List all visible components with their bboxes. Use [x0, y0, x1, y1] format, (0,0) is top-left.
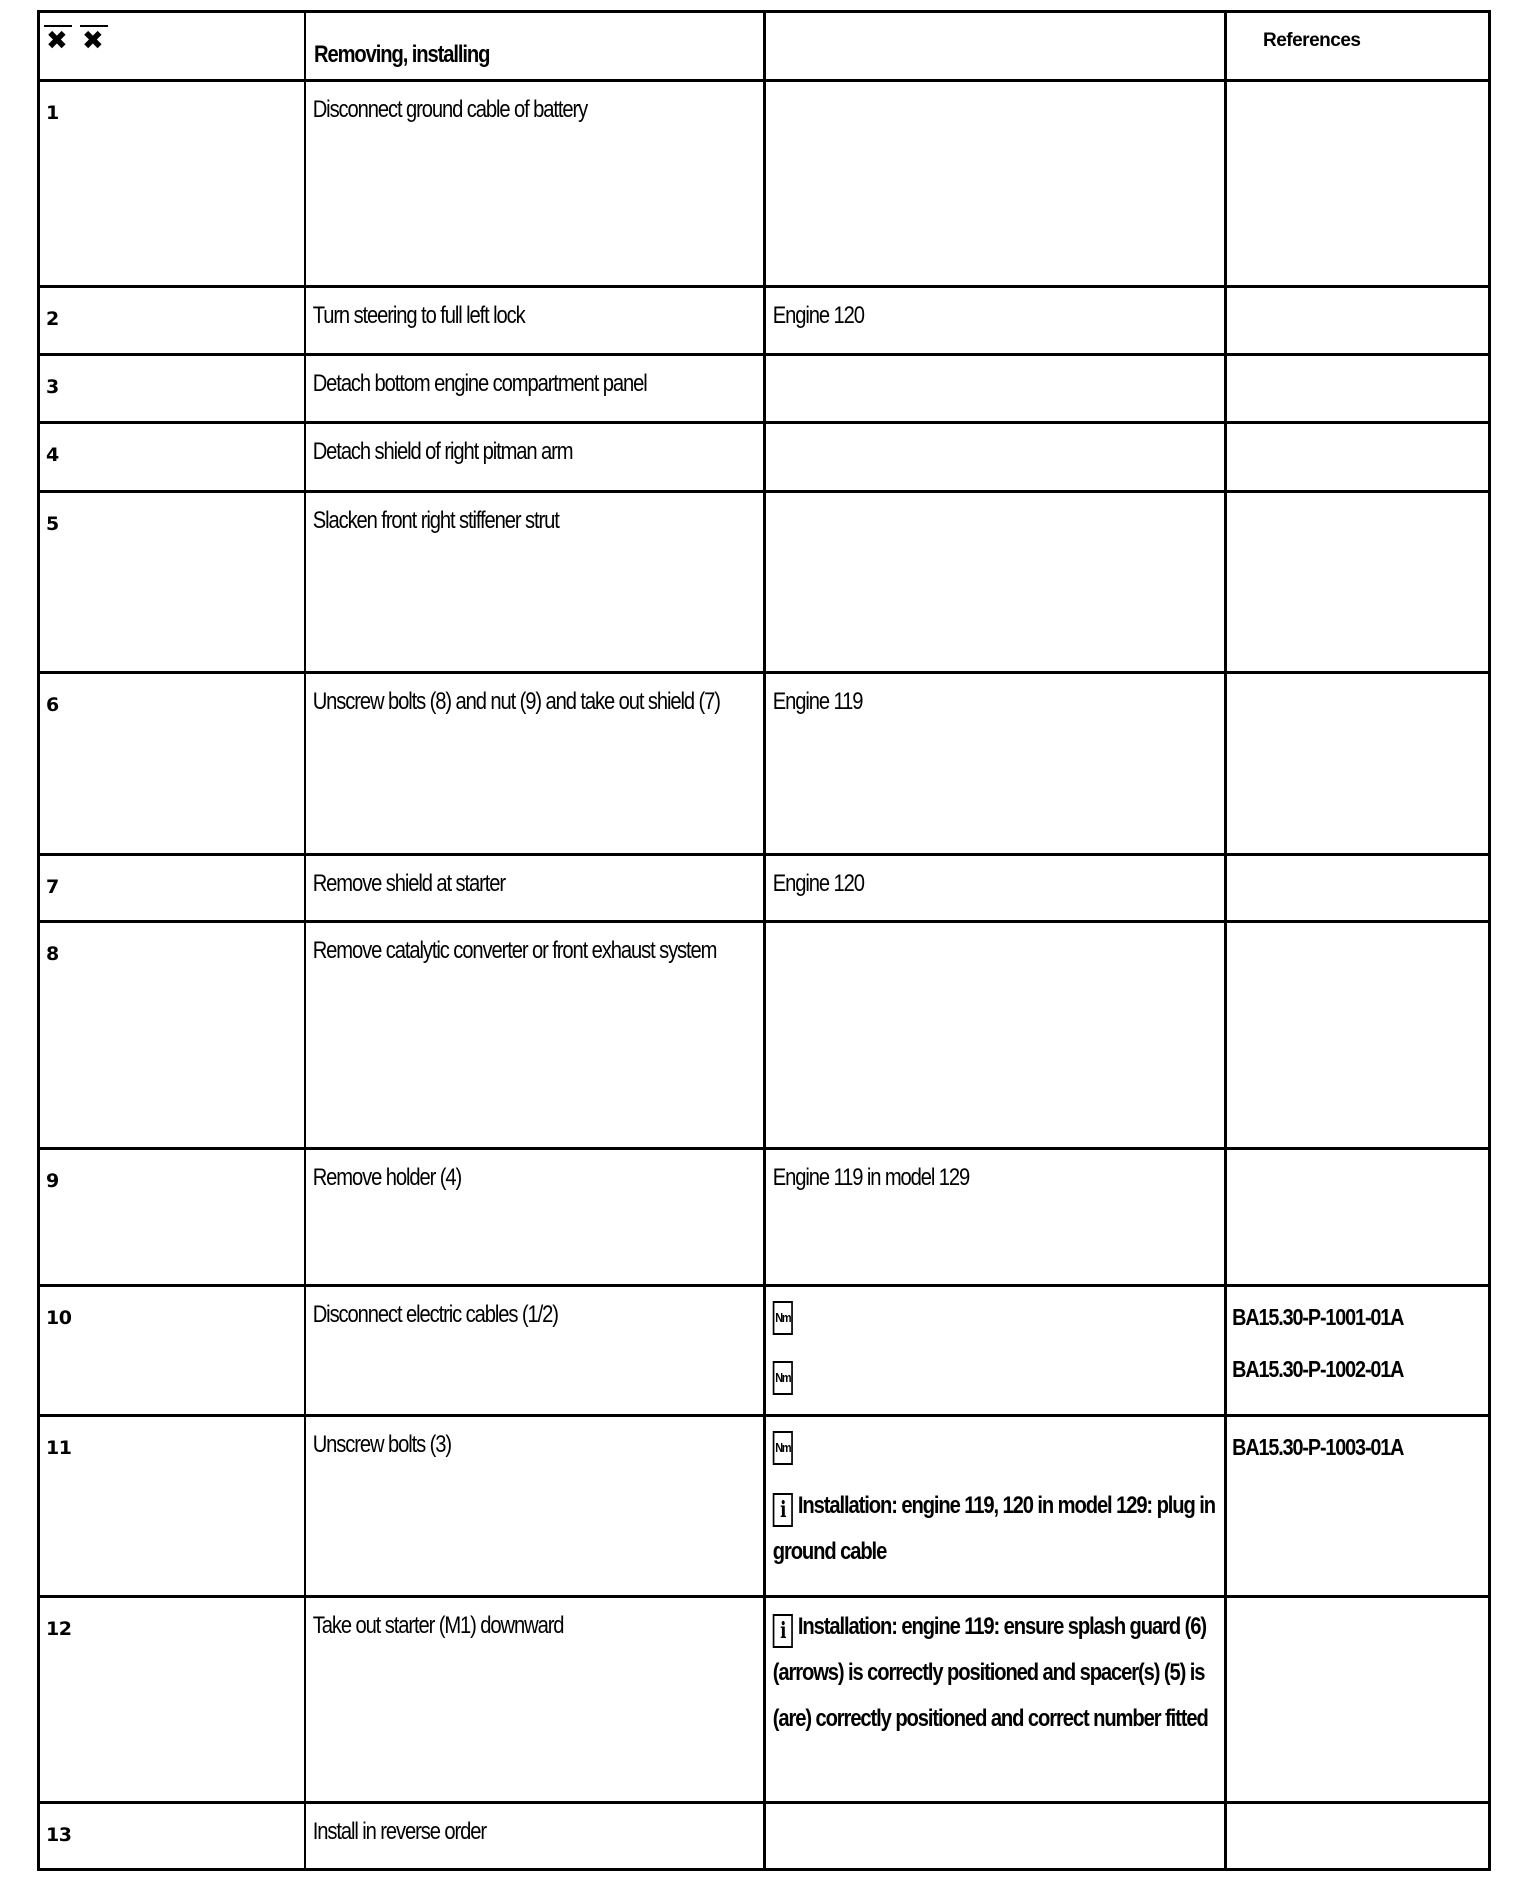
step-number: 11	[40, 1417, 304, 1459]
step-action: Remove shield at starter	[306, 856, 777, 908]
step-notes-cell: Engine 119 in model 129	[765, 1149, 1226, 1286]
info-text: Installation: engine 119: ensure splash …	[773, 1613, 1208, 1732]
step-notes-cell: NmiInstallation: engine 119, 120 in mode…	[765, 1416, 1226, 1597]
step-number-cell: 4	[39, 423, 305, 492]
step-number: 7	[40, 856, 304, 898]
step-number-cell: 7	[39, 855, 305, 922]
step-references-cell	[1226, 673, 1490, 855]
table-row: 6Unscrew bolts (8) and nut (9) and take …	[39, 673, 1490, 855]
table-row: 11Unscrew bolts (3)NmiInstallation: engi…	[39, 1416, 1490, 1597]
table-row: 12Take out starter (M1) downwardiInstall…	[39, 1597, 1490, 1803]
header-notes	[766, 13, 1224, 25]
torque-nm-icon[interactable]: Nm	[773, 1431, 793, 1465]
note-info: iInstallation: engine 119: ensure splash…	[773, 1598, 1231, 1742]
step-references-cell	[1226, 1803, 1490, 1870]
step-notes-cell	[765, 492, 1226, 673]
step-number: 10	[40, 1287, 304, 1329]
note-text: Engine 120	[773, 288, 1231, 340]
step-number-cell: 3	[39, 355, 305, 423]
step-action: Slacken front right stiffener strut	[306, 493, 777, 545]
step-number-cell: 2	[39, 287, 305, 355]
table-row: 3Detach bottom engine compartment panel	[39, 355, 1490, 423]
step-action-cell: Install in reverse order	[305, 1803, 765, 1870]
step-action-cell: Remove shield at starter	[305, 855, 765, 922]
step-action-cell: Take out starter (M1) downward	[305, 1597, 765, 1803]
step-number-cell: 13	[39, 1803, 305, 1870]
step-references-cell: BA15.30-P-1003-01A	[1226, 1416, 1490, 1597]
step-action: Detach bottom engine compartment panel	[306, 356, 777, 408]
step-number: 2	[40, 288, 304, 330]
note-torque: Nm	[773, 1347, 1231, 1407]
step-references-cell	[1226, 355, 1490, 423]
table-row: 5Slacken front right stiffener strut	[39, 492, 1490, 673]
header-references: References	[1227, 13, 1488, 52]
step-notes-cell	[765, 1803, 1226, 1870]
step-number: 3	[40, 356, 304, 398]
step-notes-cell: Engine 119	[765, 673, 1226, 855]
step-notes-cell: NmNm	[765, 1286, 1226, 1416]
step-number: 1	[40, 82, 304, 124]
step-references-cell	[1226, 492, 1490, 673]
header-references-cell: References	[1226, 12, 1490, 81]
table-row: 10Disconnect electric cables (1/2)NmNmBA…	[39, 1286, 1490, 1416]
step-action: Turn steering to full left lock	[306, 288, 777, 340]
step-number: 13	[40, 1804, 304, 1846]
step-action: Disconnect ground cable of battery	[306, 82, 777, 134]
step-references-cell: BA15.30-P-1001-01ABA15.30-P-1002-01A	[1226, 1286, 1490, 1416]
step-number: 4	[40, 424, 304, 466]
header-title: Removing, installing	[314, 31, 489, 79]
step-number: 5	[40, 493, 304, 535]
table-row: 2Turn steering to full left lockEngine 1…	[39, 287, 1490, 355]
header-notes-cell	[765, 12, 1226, 81]
step-number-cell: 12	[39, 1597, 305, 1803]
step-notes-cell	[765, 922, 1226, 1149]
step-notes-cell	[765, 355, 1226, 423]
table-row: 7Remove shield at starterEngine 120	[39, 855, 1490, 922]
table-row: 9Remove holder (4)Engine 119 in model 12…	[39, 1149, 1490, 1286]
step-number-cell: 1	[39, 81, 305, 287]
step-references-cell	[1226, 81, 1490, 287]
step-action-cell: Turn steering to full left lock	[305, 287, 765, 355]
step-references-cell	[1226, 423, 1490, 492]
table-row: 8Remove catalytic converter or front exh…	[39, 922, 1490, 1149]
info-text: Installation: engine 119, 120 in model 1…	[773, 1492, 1215, 1565]
note-torque: Nm	[773, 1287, 1231, 1347]
torque-nm-icon[interactable]: Nm	[773, 1361, 793, 1395]
step-number-cell: 9	[39, 1149, 305, 1286]
step-number: 8	[40, 923, 304, 965]
tools-icon	[40, 13, 304, 63]
step-number-cell: 10	[39, 1286, 305, 1416]
step-action: Disconnect electric cables (1/2)	[306, 1287, 777, 1339]
procedure-table: Removing, installing References 1Disconn…	[37, 10, 1491, 1871]
step-action-cell: Unscrew bolts (3)	[305, 1416, 765, 1597]
header-title-cell: Removing, installing	[305, 12, 765, 81]
info-icon: i	[773, 1614, 793, 1648]
step-references-cell	[1226, 922, 1490, 1149]
header-row: Removing, installing References	[39, 12, 1490, 81]
step-action: Take out starter (M1) downward	[306, 1598, 777, 1650]
note-text: Engine 119	[773, 674, 1231, 726]
step-action: Detach shield of right pitman arm	[306, 424, 777, 476]
step-action: Unscrew bolts (3)	[306, 1417, 777, 1469]
step-action: Remove catalytic converter or front exha…	[306, 923, 777, 975]
step-action-cell: Detach bottom engine compartment panel	[305, 355, 765, 423]
table-row: 4Detach shield of right pitman arm	[39, 423, 1490, 492]
note-info: iInstallation: engine 119, 120 in model …	[773, 1477, 1231, 1575]
reference-link[interactable]: BA15.30-P-1001-01A	[1227, 1291, 1451, 1343]
note-text: Engine 119 in model 129	[773, 1150, 1231, 1202]
step-notes-cell: iInstallation: engine 119: ensure splash…	[765, 1597, 1226, 1803]
step-action: Unscrew bolts (8) and nut (9) and take o…	[306, 674, 777, 726]
note-text: Engine 120	[773, 856, 1231, 908]
step-number-cell: 5	[39, 492, 305, 673]
note-torque: Nm	[773, 1417, 1231, 1477]
table-row: 13Install in reverse order	[39, 1803, 1490, 1870]
step-action-cell: Disconnect electric cables (1/2)	[305, 1286, 765, 1416]
step-number: 12	[40, 1598, 304, 1640]
step-references-cell	[1226, 855, 1490, 922]
step-notes-cell: Engine 120	[765, 287, 1226, 355]
step-action-cell: Slacken front right stiffener strut	[305, 492, 765, 673]
header-icon-cell	[39, 12, 305, 81]
step-number-cell: 6	[39, 673, 305, 855]
info-icon: i	[773, 1493, 793, 1527]
step-notes-cell	[765, 423, 1226, 492]
step-number-cell: 8	[39, 922, 305, 1149]
table-row: 1Disconnect ground cable of battery	[39, 81, 1490, 287]
step-references-cell	[1226, 1597, 1490, 1803]
reference-link[interactable]: BA15.30-P-1003-01A	[1227, 1421, 1451, 1473]
torque-nm-icon[interactable]: Nm	[773, 1301, 793, 1335]
step-action-cell: Disconnect ground cable of battery	[305, 81, 765, 287]
step-notes-cell	[765, 81, 1226, 287]
step-action: Remove holder (4)	[306, 1150, 777, 1202]
step-action: Install in reverse order	[306, 1804, 777, 1856]
step-references-cell	[1226, 1149, 1490, 1286]
step-action-cell: Detach shield of right pitman arm	[305, 423, 765, 492]
reference-link[interactable]: BA15.30-P-1002-01A	[1227, 1343, 1451, 1395]
step-number: 6	[40, 674, 304, 716]
step-number: 9	[40, 1150, 304, 1192]
step-action-cell: Remove holder (4)	[305, 1149, 765, 1286]
step-action-cell: Remove catalytic converter or front exha…	[305, 922, 765, 1149]
step-notes-cell: Engine 120	[765, 855, 1226, 922]
step-references-cell	[1226, 287, 1490, 355]
step-action-cell: Unscrew bolts (8) and nut (9) and take o…	[305, 673, 765, 855]
step-number-cell: 11	[39, 1416, 305, 1597]
